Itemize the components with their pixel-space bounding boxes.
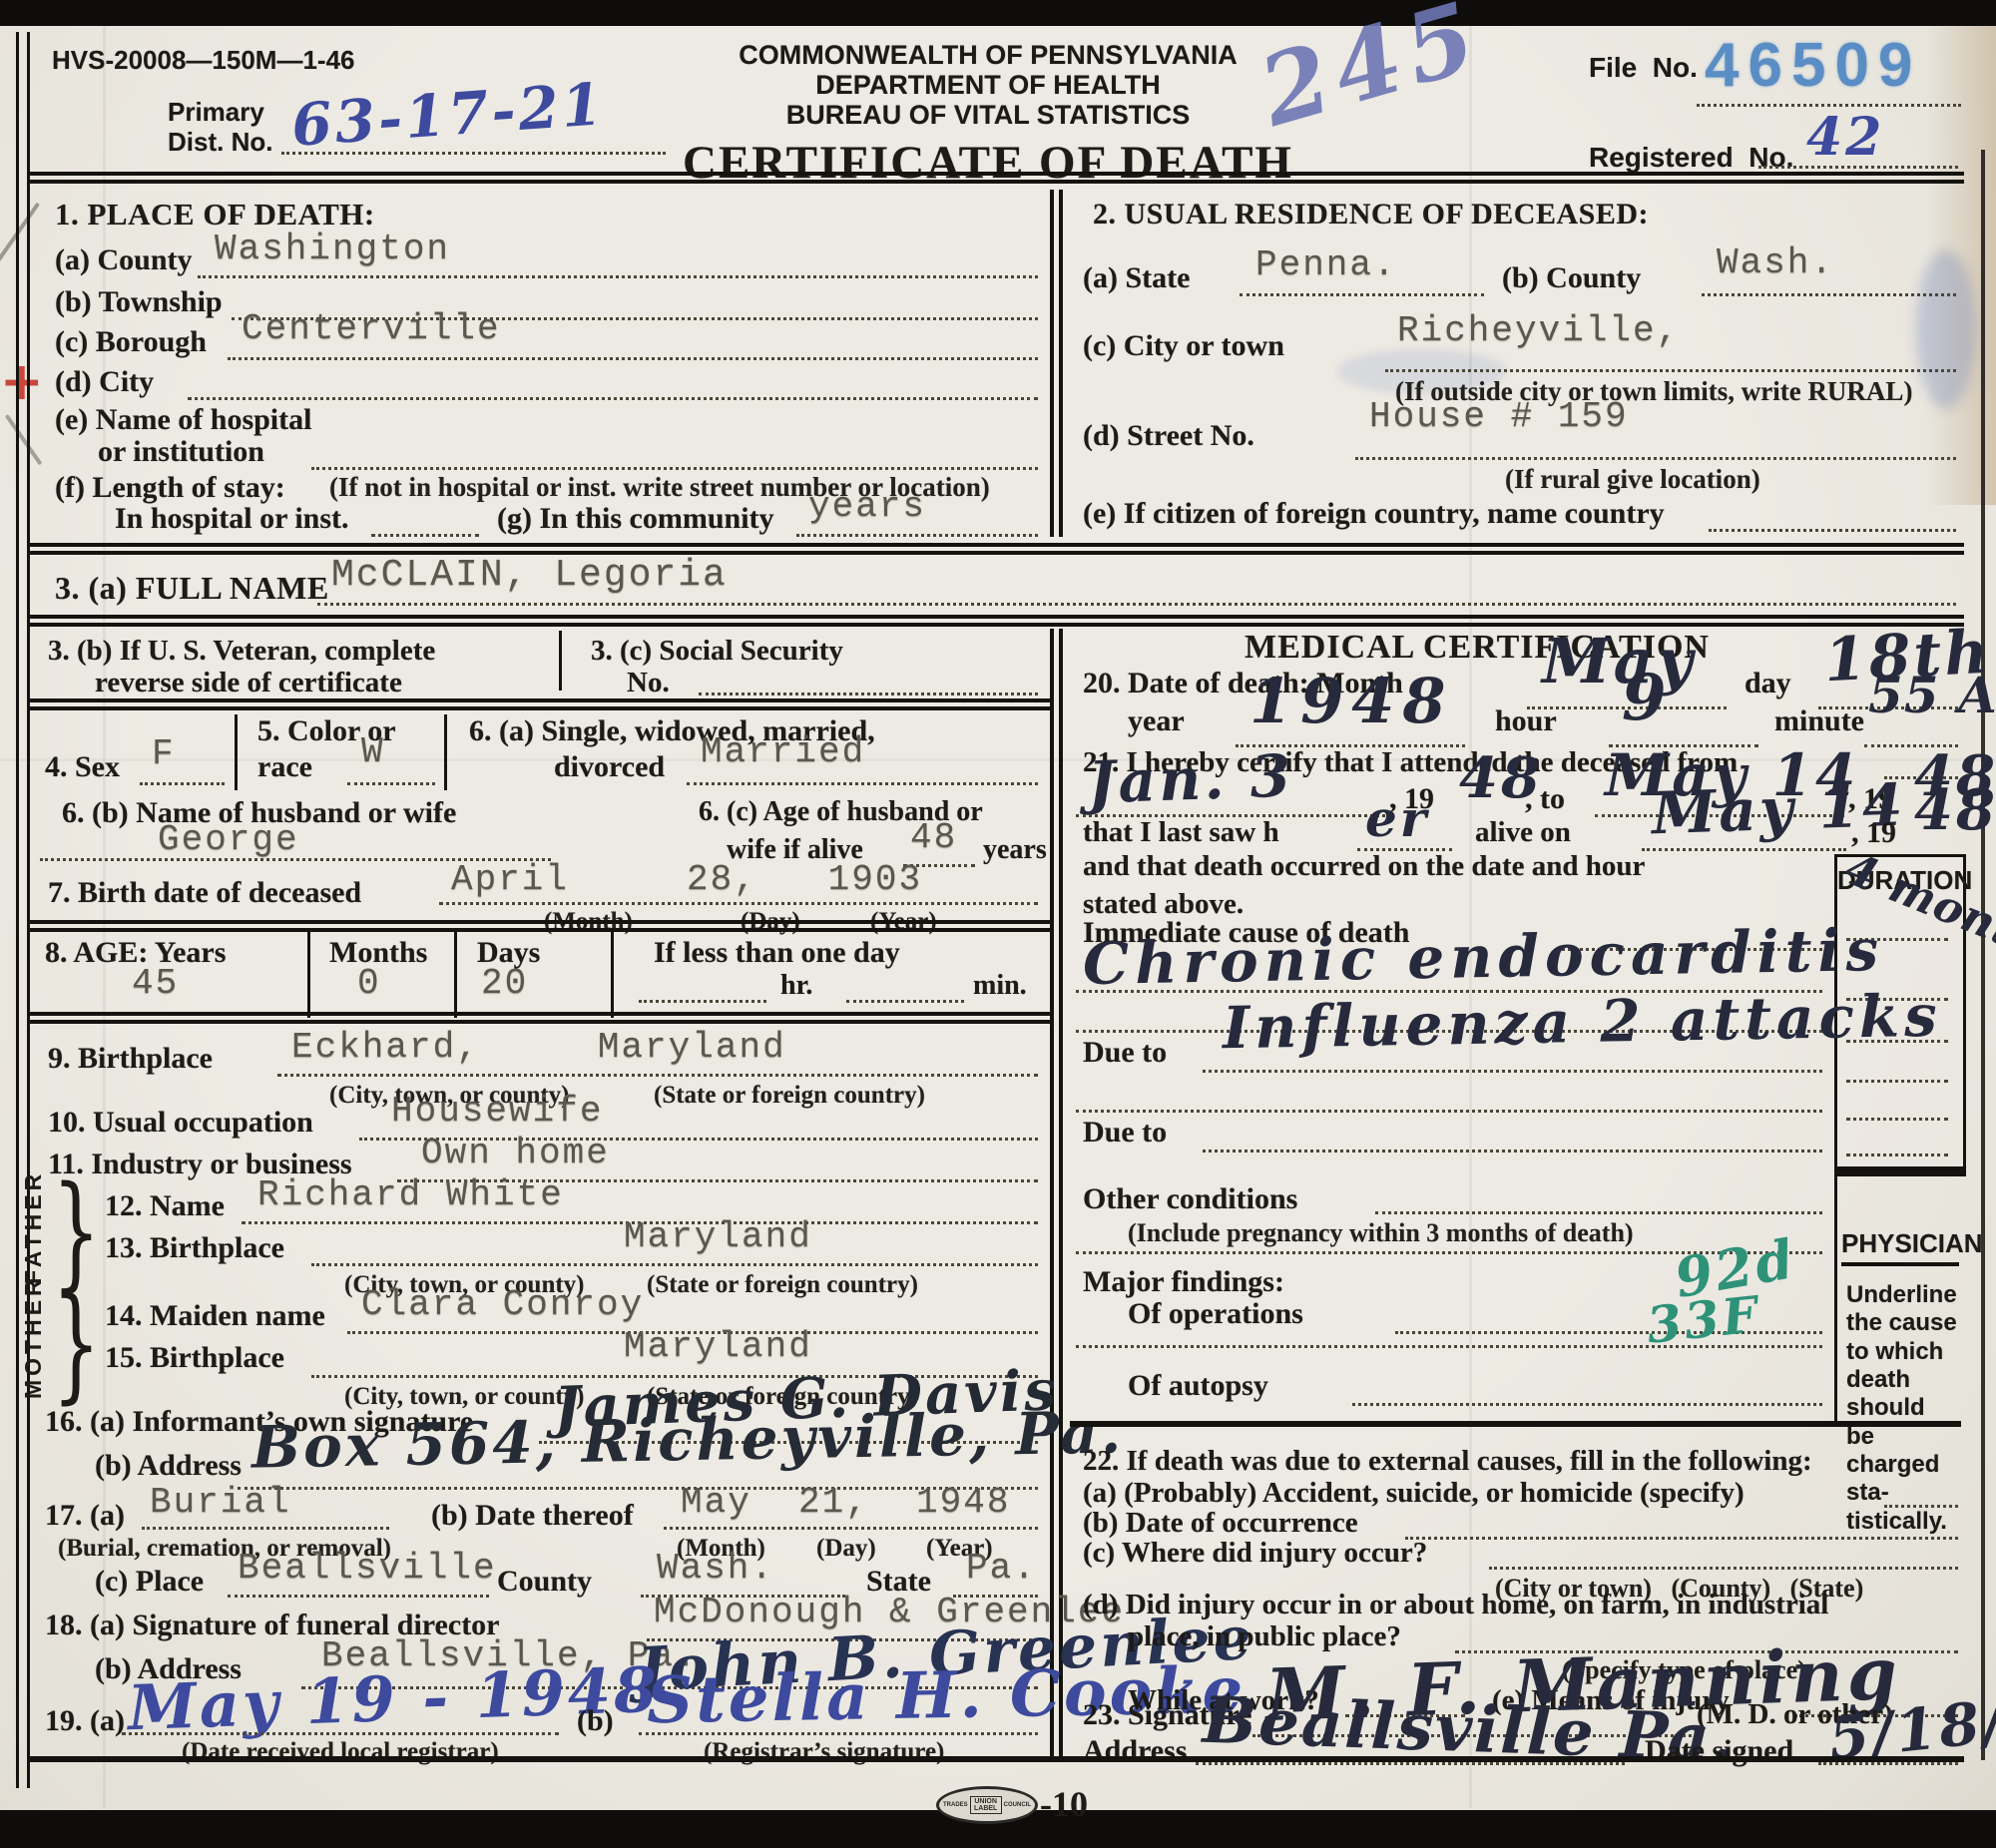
foreign-country-label: (e) If citizen of foreign country, name …: [1083, 497, 1665, 531]
primary-dist-label-1: Primary: [168, 98, 264, 127]
document-content: + HVS-20008—150M—1-46 Primary Dist. No. …: [0, 0, 1996, 1848]
age-years-value: 45: [132, 966, 179, 1002]
street-no-note: (If rural give location): [1505, 465, 1760, 495]
burial-place-label: (c) Place: [95, 1565, 204, 1599]
dotted-line: [1818, 1762, 1958, 1765]
cell-divider: [444, 714, 447, 790]
her-value: er: [1365, 794, 1429, 844]
city-label: (d) City: [55, 365, 154, 399]
dotted-line: [1385, 369, 1956, 372]
veteran-label-1: 3. (b) If U. S. Veteran, complete: [48, 635, 435, 667]
registered-no-value: 42: [1806, 112, 1884, 164]
age-months-value: 0: [357, 966, 381, 1002]
full-name-value: McCLAIN, Legoria: [331, 557, 728, 595]
injury-where-label: (c) Where did injury occur?: [1083, 1537, 1427, 1569]
dotted-line: [1846, 1118, 1948, 1121]
cell-divider: [611, 932, 614, 1018]
hospital-label-1: (e) Name of hospital: [55, 403, 311, 437]
death-minute-value: 55 A.M.: [1868, 671, 1996, 720]
due-to-label-2: Due to: [1083, 1116, 1167, 1150]
last-saw-year: 48: [1914, 782, 1996, 838]
registrar-date-num: 19. (a): [45, 1704, 125, 1738]
race-label: race: [257, 750, 312, 784]
file-no-label: File No.: [1589, 52, 1698, 83]
mother-sidebar-label: MOTHER: [20, 1289, 47, 1399]
injury-place-label-2: place, in public place?: [1128, 1620, 1401, 1652]
father-birthplace-value: Maryland: [624, 1219, 812, 1255]
death-year-label: year: [1128, 704, 1185, 738]
form-number: HVS-20008—150M—1-46: [52, 46, 355, 75]
father-name-value: Richard White: [257, 1177, 564, 1213]
heavy-rule: [28, 172, 1964, 176]
plate-number: -10: [1040, 1784, 1088, 1824]
burial-type-value: Burial: [150, 1485, 291, 1521]
mother-maiden-value: Clara Conroy: [361, 1287, 644, 1323]
dotted-line: [1203, 1150, 1822, 1153]
burial-state-value: Pa.: [966, 1551, 1037, 1587]
certify-to: , to: [1525, 782, 1565, 816]
dotted-line: [1355, 457, 1956, 460]
birthplace-value: Eckhard, Maryland: [291, 1030, 786, 1066]
sex-value: F: [152, 736, 176, 772]
physician-note: Underline the cause to which death shoul…: [1846, 1281, 1958, 1536]
dotted-line: [1846, 1080, 1948, 1083]
physician-panel-border: [1834, 1163, 1837, 1421]
age-days-value: 20: [481, 966, 528, 1002]
registrar-sig-num: (b): [577, 1704, 614, 1738]
borough-label: (c) Borough: [55, 325, 207, 359]
spouse-age-value: 48: [910, 820, 957, 856]
agency-line-1: COMMONWEALTH OF PENNSYLVANIA: [679, 40, 1297, 70]
union-label-right: COUNCIL: [1004, 1802, 1031, 1808]
due-to-label-1: Due to: [1083, 1036, 1167, 1070]
county-label: (a) County: [55, 243, 193, 277]
burial-county-label: County: [497, 1565, 592, 1599]
document-title: CERTIFICATE OF DEATH: [679, 137, 1297, 190]
death-hour-value: 9: [1622, 667, 1670, 730]
dotted-line: [188, 397, 1038, 400]
father-sidebar-label: FATHER: [20, 1182, 47, 1284]
township-label: (b) Township: [55, 285, 223, 319]
dotted-line: [1352, 1403, 1822, 1406]
death-hour-label: hour: [1495, 704, 1557, 738]
marital-value: Married: [701, 734, 865, 770]
dotted-line: [439, 902, 1038, 905]
birthplace-label: 9. Birthplace: [48, 1042, 213, 1076]
in-hospital-label: In hospital or inst.: [115, 502, 349, 536]
of-operations-label: Of operations: [1128, 1297, 1303, 1331]
dotted-line: [281, 152, 666, 155]
hr-label: hr.: [780, 970, 812, 1001]
dotted-line: [699, 693, 1038, 695]
section1-heading: 1. PLACE OF DEATH:: [55, 198, 375, 232]
street-no-value: House # 159: [1369, 399, 1629, 435]
date-thereof-value: May 21, 1948: [681, 1485, 1010, 1521]
dotted-line: [1709, 529, 1956, 532]
primary-dist-value: 63-17-21: [289, 75, 607, 155]
dotted-line: [1405, 1537, 1958, 1540]
heavy-rule: [28, 543, 1964, 547]
agency-line-3: BUREAU OF VITAL STATISTICS: [679, 100, 1297, 130]
dotted-line: [1702, 293, 1956, 296]
heavy-rule: [28, 615, 1964, 619]
blue-smudge: [1916, 249, 1976, 409]
dotted-line: [639, 1732, 1038, 1735]
accident-label: (a) (Probably) Accident, suicide, or hom…: [1083, 1477, 1745, 1509]
section2-heading: 2. USUAL RESIDENCE OF DECEASED:: [1093, 198, 1649, 231]
scanned-death-certificate: { "colors":{"stamp_blue":"#4e86c2","regi…: [0, 0, 1996, 1848]
date-thereof-label: (b) Date thereof: [431, 1499, 634, 1533]
major-findings-label: Major findings:: [1083, 1265, 1284, 1299]
heavy-rule: [1070, 1421, 1961, 1427]
dotted-line: [1375, 1211, 1822, 1214]
veteran-label-2: reverse side of certificate: [95, 667, 402, 698]
mother-brace: }: [52, 1281, 101, 1406]
of-autopsy-label: Of autopsy: [1128, 1369, 1268, 1403]
heavy-rule-bottom: [28, 1756, 1964, 1762]
birth-date-label: 7. Birth date of deceased: [48, 876, 361, 910]
physician-heading: PHYSICIAN: [1841, 1229, 1959, 1266]
dotted-line: [1076, 1345, 1822, 1348]
occurrence-date-label: (b) Date of occurrence: [1083, 1507, 1358, 1539]
burial-day-caption: (Day): [816, 1535, 876, 1563]
dotted-line: [639, 1000, 766, 1003]
father-birthplace-label: 13. Birthplace: [105, 1231, 284, 1265]
burial-county-value: Wash.: [657, 1551, 774, 1587]
dotted-line: [1758, 166, 1958, 169]
race-value: W: [361, 734, 385, 770]
dotted-line: [1884, 1505, 1958, 1508]
cell-divider: [235, 714, 238, 790]
city-town-label: (c) City or town: [1083, 329, 1284, 363]
mother-birthplace-label: 15. Birthplace: [105, 1341, 284, 1375]
burial-place-value: Beallsville: [238, 1551, 497, 1587]
union-label-left: TRADES: [943, 1802, 968, 1808]
heavy-rule: [30, 920, 1050, 924]
birthplace-caption-2: (State or foreign country): [654, 1082, 925, 1110]
ssn-label-1: 3. (c) Social Security: [591, 635, 843, 667]
dotted-line: [198, 275, 1038, 278]
red-plus-mark: +: [0, 351, 44, 412]
injury-place-label-1: (d) Did injury occur in or about home, o…: [1083, 1589, 1828, 1620]
spouse-name-value: George: [158, 822, 299, 858]
state-value: Penna.: [1255, 247, 1397, 283]
dotted-line: [1489, 1567, 1958, 1570]
physician-addr-label: Address: [1083, 1734, 1187, 1768]
agency-block: COMMONWEALTH OF PENNSYLVANIA DEPARTMENT …: [679, 40, 1297, 189]
county-value: Washington: [215, 231, 450, 267]
spouse-age-suffix: years: [983, 834, 1047, 865]
frame-left-outer: [16, 32, 19, 1788]
dotted-line: [1076, 1110, 1822, 1113]
res-county-value: Wash.: [1717, 245, 1834, 281]
city-town-value: Richeyville,: [1397, 313, 1680, 349]
immediate-cause-value: Chronic endocarditis: [1083, 921, 1885, 993]
union-label-icon: TRADES UNION LABEL COUNCIL: [936, 1786, 1038, 1824]
dotted-line: [1196, 1762, 1625, 1765]
heavy-rule: [30, 698, 1050, 702]
hospital-label-2: or institution: [98, 435, 264, 469]
last-saw-label: that I last saw h: [1083, 816, 1279, 848]
cell-divider: [454, 932, 457, 1018]
street-no-label: (d) Street No.: [1083, 419, 1254, 453]
external-causes-heading: 22. If death was due to external causes,…: [1083, 1445, 1812, 1477]
column-divider: [1050, 190, 1054, 537]
occupation-value: Housewife: [391, 1094, 603, 1130]
dotted-line: [228, 357, 1038, 360]
other-conditions-label: Other conditions: [1083, 1182, 1297, 1216]
divorced-label: divorced: [554, 750, 665, 784]
res-county-label: (b) County: [1502, 261, 1641, 295]
cell-divider: [307, 932, 310, 1018]
ssn-label-2: No.: [627, 667, 670, 698]
dotted-line: [317, 603, 1956, 606]
state-label: (a) State: [1083, 261, 1190, 295]
cell-divider: [559, 631, 562, 691]
dotted-line: [846, 1000, 964, 1003]
dotted-line: [140, 782, 225, 785]
primary-dist-label-2: Dist. No.: [168, 128, 272, 157]
date-signed-label: Date signed: [1645, 1734, 1793, 1768]
birth-date-value: April 28, 1903: [451, 862, 922, 898]
occupation-label: 10. Usual occupation: [48, 1106, 313, 1140]
dotted-line: [664, 1527, 1038, 1530]
dotted-line: [142, 1527, 389, 1530]
dotted-line: [277, 1074, 1038, 1077]
agency-line-2: DEPARTMENT OF HEALTH: [679, 70, 1297, 100]
frame-right: [1981, 150, 1985, 1760]
dotted-line: [311, 467, 1038, 470]
other-conditions-caption: (Include pregnancy within 3 months of de…: [1128, 1219, 1634, 1248]
industry-value: Own home: [421, 1136, 610, 1171]
dotted-line: [228, 1595, 489, 1598]
less-than-day-header: If less than one day: [654, 936, 900, 970]
file-no-value: 46509: [1705, 30, 1921, 101]
death-day-label: day: [1745, 667, 1791, 700]
union-label-mid: UNION LABEL: [970, 1796, 1002, 1814]
borough-value: Centerville: [242, 311, 501, 347]
father-bp-caption-2: (State or foreign country): [647, 1271, 918, 1299]
due-to-value-1: Influenza 2 attacks: [1223, 987, 1943, 1058]
informant-addr-value: Box 564, Richeyville, Pa.: [251, 1403, 1125, 1476]
dotted-line: [1642, 848, 1846, 851]
dotted-line: [122, 1732, 559, 1735]
full-name-label: 3. (a) FULL NAME: [55, 571, 329, 607]
min-label: min.: [973, 970, 1027, 1001]
father-name-label: 12. Name: [105, 1189, 225, 1223]
medical-cert-heading: MEDICAL CERTIFICATION: [1098, 629, 1856, 667]
mother-birthplace-value: Maryland: [624, 1329, 812, 1365]
operations-code-2: 33F: [1645, 1289, 1763, 1351]
sex-label: 4. Sex: [45, 750, 120, 784]
column-divider: [1050, 629, 1054, 1756]
dotted-line: [1846, 1154, 1948, 1156]
death-year-value: 1948: [1249, 671, 1454, 732]
dotted-line: [347, 782, 435, 785]
burial-num-label: 17. (a): [45, 1499, 125, 1533]
death-minute-label: minute: [1774, 704, 1864, 738]
dotted-line: [1240, 293, 1484, 296]
alive-on-label: alive on: [1475, 816, 1571, 848]
dotted-line: [1203, 1070, 1822, 1073]
informant-addr-label: (b) Address: [95, 1449, 242, 1483]
in-community-value: years: [808, 489, 926, 525]
dotted-line: [796, 534, 1038, 537]
in-community-label: (g) In this community: [497, 502, 774, 536]
dotted-line: [371, 534, 479, 537]
attended-from-value: Jan. 3: [1087, 746, 1294, 811]
length-of-stay-label: (f) Length of stay:: [55, 471, 285, 505]
heavy-rule: [30, 1012, 1050, 1016]
certify-line-4: and that death occurred on the date and …: [1083, 850, 1645, 882]
frame-left-inner: [27, 32, 30, 1788]
pencil-stroke: [5, 414, 43, 465]
mother-maiden-label: 14. Maiden name: [105, 1299, 325, 1333]
dotted-line: [311, 1263, 1038, 1266]
dotted-line: [687, 782, 1038, 785]
death-month-value: May: [1542, 631, 1696, 693]
penciled-page-number: 245: [1250, 0, 1492, 141]
